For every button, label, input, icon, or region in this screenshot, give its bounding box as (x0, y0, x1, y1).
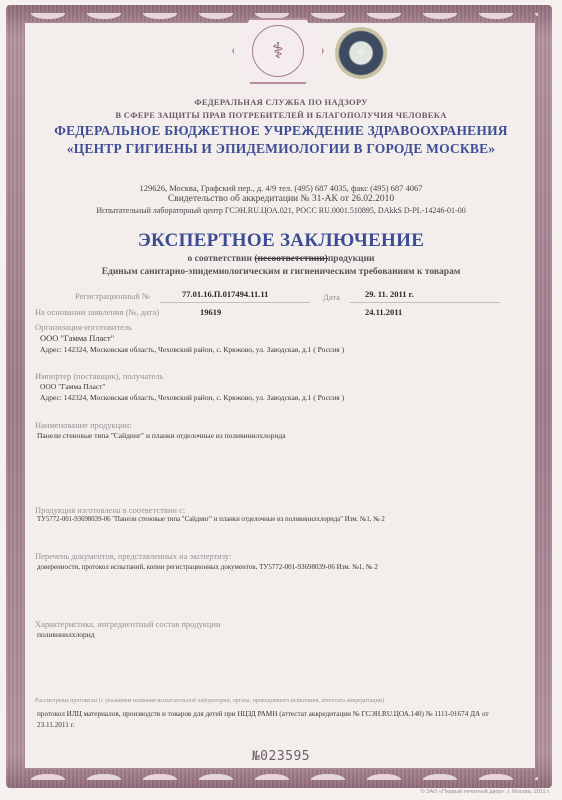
registration-number-value: 77.01.16.П.017494.11.11 (182, 289, 268, 299)
date-value: 29. 11. 2011 г. (365, 289, 414, 299)
manufacturer-address: Адрес: 142324, Московская область, Чехов… (40, 345, 344, 354)
manufactured-per-value: ТУ5772-001-93698039-06 "Панели стеновые … (37, 516, 385, 523)
emblem-disc: ⚕ (252, 25, 304, 77)
importer-address: Адрес: 142324, Московская область, Чехов… (40, 393, 344, 402)
importer-name: ООО "Гамма Пласт" (40, 382, 105, 391)
rospotrebnadzor-emblem-icon: ⚕ (232, 18, 324, 84)
accreditation-certificate: Свидетельство об аккредитации № 31-АК от… (0, 194, 562, 204)
protocols-label: Рассмотрены протоколы (с указанием назва… (35, 698, 525, 704)
manufacturer-name: ООО "Гамма Пласт" (40, 333, 114, 343)
manufacturer-label: Организация-изготовитель (35, 322, 132, 332)
registration-number-label: Регистрационный № (75, 291, 150, 301)
agency-line-1: ФЕДЕРАЛЬНАЯ СЛУЖБА ПО НАДЗОРУ (0, 97, 562, 107)
date-label: Дата (323, 292, 340, 302)
document-subtitle: о соответствии (несоответствии)продукции (0, 254, 562, 264)
application-number: 19619 (200, 307, 221, 317)
agency-line-2: В СФЕРЕ ЗАЩИТЫ ПРАВ ПОТРЕБИТЕЛЕЙ И БЛАГО… (0, 110, 562, 120)
documents-value: доверенности, протокол испытаний, копии … (37, 563, 378, 571)
document-title: ЭКСПЕРТНОЕ ЗАКЛЮЧЕНИЕ (0, 230, 562, 252)
application-label: На основании заявления (№, дата) (35, 307, 159, 317)
serial-number: №023595 (0, 749, 562, 764)
protocols-value: протокол ИЛЦ материалов, производств и т… (37, 709, 517, 731)
composition-label: Характеристика, ингредиентный состав про… (35, 619, 221, 629)
subtitle-strikethrough: (несоответствии) (254, 254, 327, 264)
composition-value: поливинилхлорид (37, 630, 95, 639)
printer-note: © ЗАО «Первый печатный двор», г. Москва,… (421, 789, 550, 795)
institution-address: 129626, Москва, Графский пер., д. 4/9 те… (0, 183, 562, 193)
divider (160, 302, 310, 303)
application-date: 24.11.2011 (365, 307, 402, 317)
document-subtitle-line-2: Единым санитарно-эпидемиологическим и ги… (0, 267, 562, 277)
hologram-seal-icon: ✦ (335, 27, 387, 79)
institution-line-2: «ЦЕНТР ГИГИЕНЫ И ЭПИДЕМИОЛОГИИ В ГОРОДЕ … (0, 141, 562, 157)
subtitle-suffix: продукции (328, 254, 375, 264)
documents-label: Перечень документов, представленных на э… (35, 551, 231, 561)
product-label: Наименование продукции: (35, 420, 132, 430)
importer-label: Импортер (поставщик), получатель (35, 371, 163, 381)
subtitle-prefix: о соответствии (187, 254, 254, 264)
institution-line-1: ФЕДЕРАЛЬНОЕ БЮДЖЕТНОЕ УЧРЕЖДЕНИЕ ЗДРАВОО… (0, 123, 562, 139)
product-name: Панели стеновые типа "Сайдинг" и планки … (37, 431, 286, 440)
divider (350, 302, 500, 303)
lab-center-info: Испытательный лабораторный центр ГСЭН.RU… (0, 206, 562, 215)
manufactured-per-label: Продукция изготовлена в соответствии с: (35, 505, 185, 515)
